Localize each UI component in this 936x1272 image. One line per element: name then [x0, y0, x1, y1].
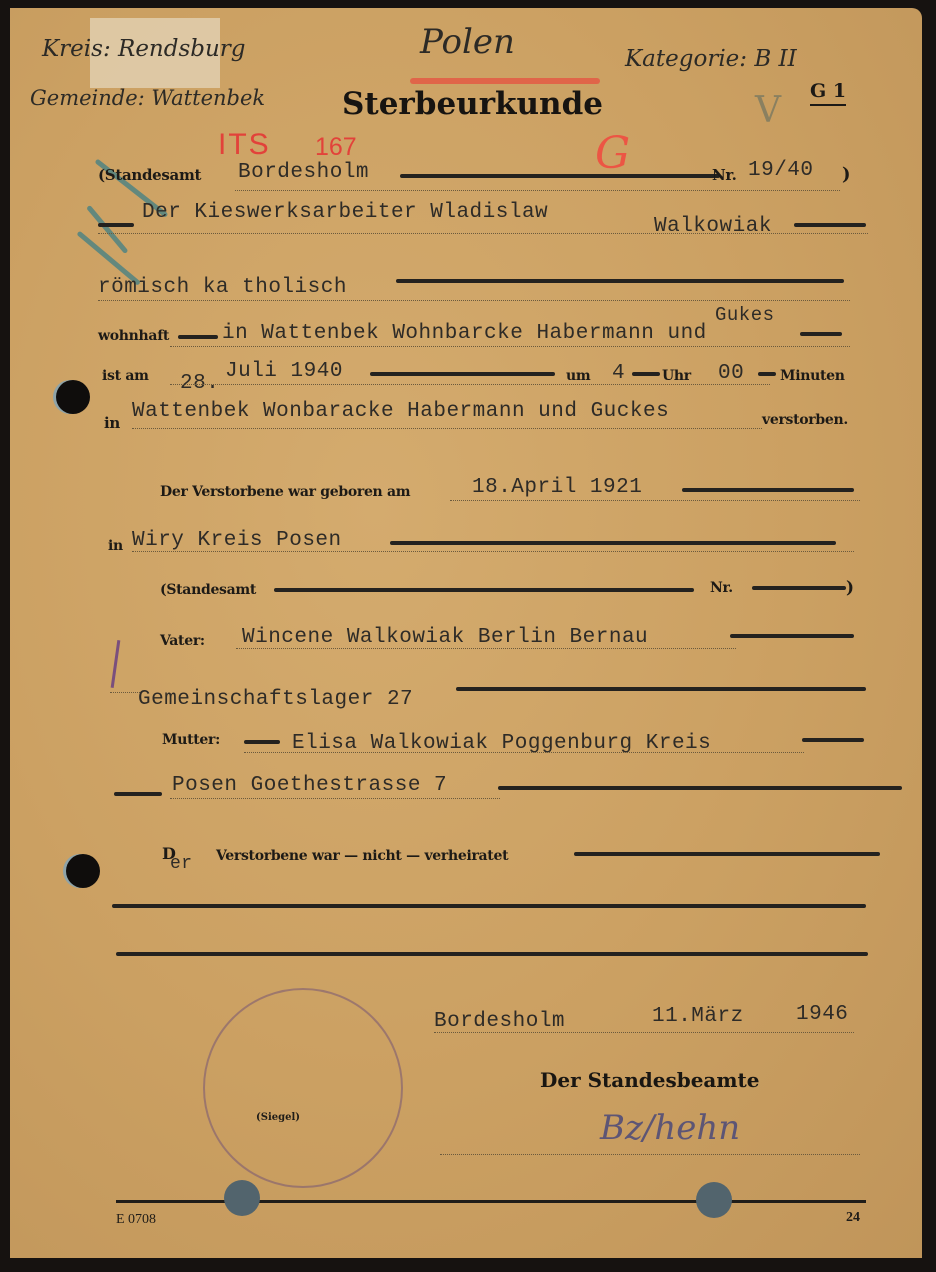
issue-year: 1946 [796, 1003, 848, 1026]
birth-standesamt-label: (Standesamt [160, 582, 256, 598]
issue-place: Bordesholm [434, 1010, 565, 1033]
dotted-line [110, 692, 140, 693]
punch-hole [66, 854, 100, 888]
death-place: Wattenbek Wonbaracke Habermann und Gucke… [132, 400, 669, 423]
page-number: 24 [846, 1210, 860, 1226]
strike-line [802, 738, 864, 742]
strike-line [114, 792, 162, 796]
form-code: G 1 [810, 80, 846, 106]
death-hour: 4 [612, 362, 625, 385]
birth-label: Der Verstorbene war geboren am [160, 484, 410, 500]
father-label: Vater: [160, 633, 205, 649]
document-title: Sterbeurkunde [342, 86, 603, 122]
uhr-label: Uhr [662, 368, 691, 384]
dotted-line [98, 300, 850, 301]
strike-line [632, 372, 660, 376]
standesamt-value: Bordesholm [238, 161, 369, 184]
birth-place: Wiry Kreis Posen [132, 529, 342, 552]
um-label: um [566, 368, 590, 384]
marital-prefix-typed: er [170, 854, 193, 874]
residence-label: wohnhaft [98, 328, 169, 344]
father-line1: Wincene Walkowiak Berlin Bernau [242, 626, 648, 649]
place-prefix: in [104, 414, 120, 432]
official-seal [203, 988, 403, 1188]
ink-blot [696, 1182, 732, 1218]
handwritten-kreis: Kreis: Rendsburg [42, 36, 246, 62]
dotted-line [236, 648, 736, 649]
strike-line [390, 541, 836, 545]
birth-closing-paren: ) [846, 578, 854, 598]
handwritten-nationality: Polen [420, 22, 515, 62]
strike-line [98, 223, 134, 227]
nr-value: 19/40 [748, 159, 814, 182]
punch-hole [56, 380, 90, 414]
signature: Bz/hehn [600, 1108, 740, 1148]
document-page: Kreis: Rendsburg Gemeinde: Wattenbek Pol… [10, 8, 922, 1258]
mother-label: Mutter: [162, 732, 220, 748]
dotted-line [98, 233, 868, 234]
handwritten-kategorie: Kategorie: B II [625, 46, 797, 72]
birth-nr-label: Nr. [710, 580, 733, 596]
religion-part1: römisch ka tholisch [98, 276, 347, 299]
nr-label: Nr. [712, 166, 737, 184]
strike-line [112, 904, 866, 908]
residence-value: in Wattenbek Wohnbarcke Habermann und [222, 322, 707, 345]
dotted-line [132, 428, 762, 429]
strike-line [370, 372, 555, 376]
death-minutes: 00 [718, 362, 744, 385]
strike-line [730, 634, 854, 638]
minuten-label: Minuten [780, 368, 845, 384]
its-number: 167 [315, 133, 357, 162]
residence-insert: Gukes [715, 304, 775, 326]
strike-line [574, 852, 880, 856]
strike-line [116, 952, 868, 956]
strike-line [274, 588, 694, 592]
verstorben-label: verstorben. [762, 412, 848, 428]
seal-label: (Siegel) [256, 1112, 300, 1123]
dotted-line [440, 1154, 860, 1155]
dotted-line [132, 551, 854, 552]
red-underline [410, 78, 600, 84]
dotted-line [170, 798, 500, 799]
dotted-line [235, 190, 840, 191]
mother-line2: Posen Goethestrasse 7 [172, 774, 447, 797]
death-label: ist am [102, 368, 149, 384]
strike-line [794, 223, 866, 227]
strike-line [456, 687, 866, 691]
purple-pencil-mark [111, 640, 121, 688]
strike-line [400, 174, 720, 178]
strike-line [752, 586, 846, 590]
form-number: E 0708 [116, 1212, 156, 1228]
deceased-occupation-name: Der Kieswerksarbeiter Wladislaw [142, 201, 548, 224]
father-line2: Gemeinschaftslager 27 [138, 688, 413, 711]
strike-line [758, 372, 776, 376]
birth-date: 18.April 1921 [472, 476, 642, 499]
deceased-surname: Walkowiak [654, 215, 772, 238]
check-mark: V [755, 90, 781, 131]
handwritten-gemeinde: Gemeinde: Wattenbek [30, 86, 265, 110]
dotted-line [170, 384, 770, 385]
dotted-line [434, 1032, 854, 1033]
death-date: Juli 1940 [225, 360, 343, 383]
strike-line [800, 332, 842, 336]
ink-blot [224, 1180, 260, 1216]
strike-line [244, 740, 280, 744]
dotted-line [244, 752, 804, 753]
strike-line [498, 786, 902, 790]
strike-line [178, 335, 218, 339]
strike-line [396, 279, 844, 283]
its-label: ITS [218, 128, 271, 162]
birth-place-prefix: in [108, 538, 123, 554]
issue-date: 11.März [652, 1005, 744, 1028]
closing-paren: ) [842, 164, 850, 185]
strike-line [682, 488, 854, 492]
signature-title: Der Standesbeamte [540, 1068, 760, 1092]
marital-status: Verstorbene war — nicht — verheiratet [216, 848, 508, 864]
dotted-line [450, 500, 860, 501]
red-mark: G [595, 128, 630, 179]
standesamt-label: (Standesamt [98, 166, 201, 184]
dotted-line [170, 346, 850, 347]
